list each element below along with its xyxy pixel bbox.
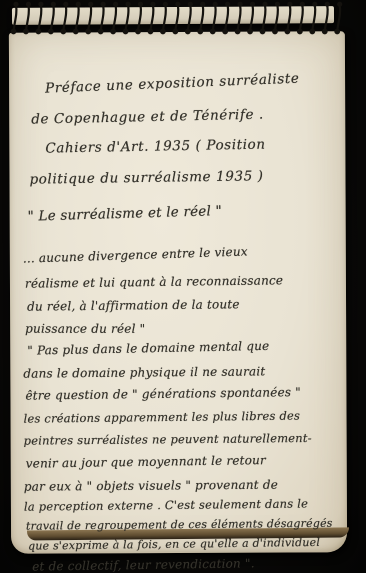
manuscript-line: venir au jour que moyennant le retour [26, 453, 266, 471]
manuscript-line: la perception externe . C'est seulement … [24, 496, 308, 513]
manuscript: Préface une exposition surréaliste de Co… [9, 31, 347, 553]
spiral-binding-icon [0, 0, 366, 44]
manuscript-line: être question de " générations spontanée… [25, 385, 301, 403]
notebook-photo: Préface une exposition surréaliste de Co… [0, 0, 366, 573]
manuscript-line: " Le surréalisme et le réel " [27, 203, 222, 225]
manuscript-line: de Copenhague et de Ténérife . [31, 107, 264, 128]
notebook-page: Préface une exposition surréaliste de Co… [9, 31, 347, 553]
manuscript-line: peintres surréalistes ne peuvent naturel… [24, 431, 312, 448]
manuscript-line: dans le domaine physique il ne saurait [23, 364, 265, 380]
manuscript-line: par eux à " objets visuels " provenant d… [24, 478, 278, 494]
manuscript-line: Cahiers d'Art. 1935 ( Position [45, 137, 266, 157]
manuscript-line: les créations apparemment les plus libre… [23, 409, 300, 426]
manuscript-line: travail de regroupement de ces éléments … [26, 517, 333, 533]
manuscript-line: Préface une exposition surréaliste [45, 71, 300, 97]
manuscript-line: que s'exprime à la fois, en ce qu'elle a… [28, 536, 320, 553]
manuscript-line: réalisme et lui quant à la reconnaissanc… [25, 273, 283, 290]
manuscript-line: politique du surréalisme 1935 ) [29, 168, 263, 187]
manuscript-line: et de collectif, leur revendication ". [32, 556, 255, 573]
manuscript-line: " Pas plus dans le domaine mental que [27, 339, 269, 358]
manuscript-line: du réel, à l'affirmation de la toute [27, 297, 240, 313]
manuscript-line: puissance du réel " [25, 322, 145, 336]
manuscript-line: ... aucune divergence entre le vieux [23, 244, 248, 265]
